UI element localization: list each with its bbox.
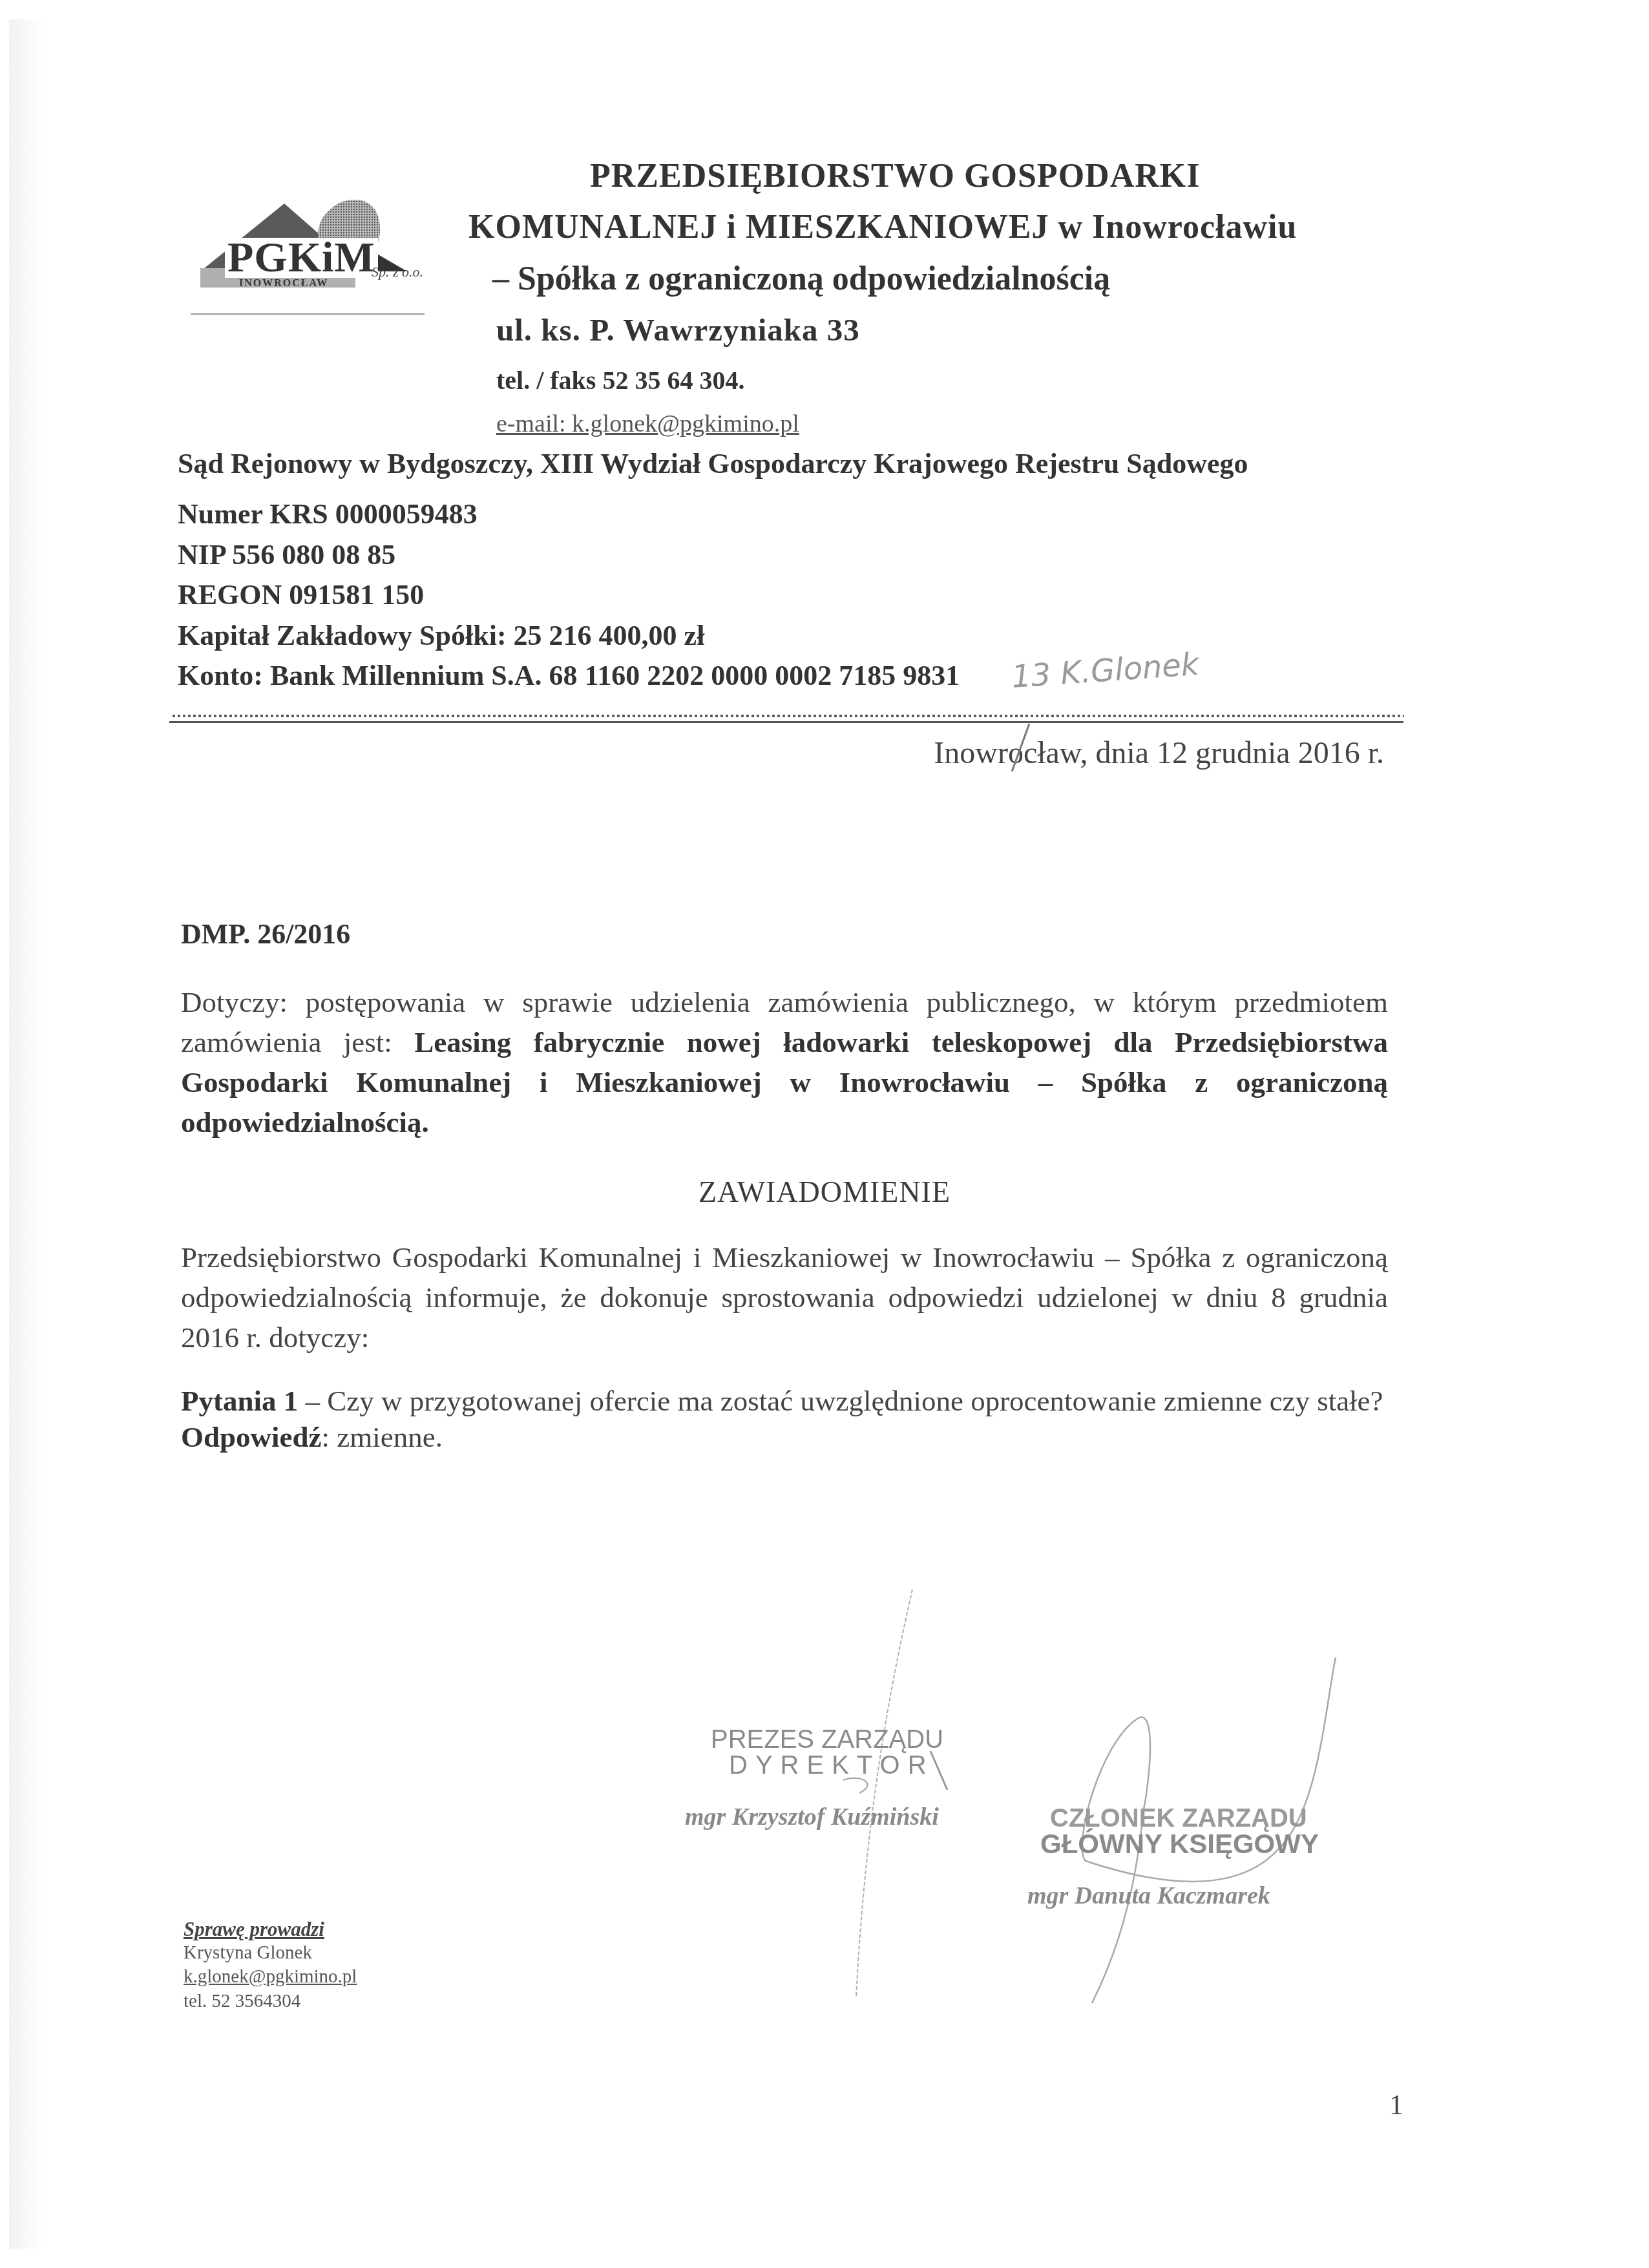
- company-name-line1: PRZEDSIĘBIORSTWO GOSPODARKI: [590, 157, 1200, 195]
- bank-account: Konto: Bank Millennium S.A. 68 1160 2202…: [178, 659, 960, 692]
- krs-number: Numer KRS 0000059483: [178, 498, 478, 530]
- answer-text: : zmienne.: [322, 1421, 443, 1453]
- question-block: Pytania 1 – Czy w przygotowanej ofercie …: [181, 1383, 1388, 1455]
- reference-number: DMP. 26/2016: [181, 918, 350, 950]
- notice-title: ZAWIADOMIENIE: [0, 1175, 1649, 1209]
- handler-phone: tel. 52 3564304: [184, 1991, 300, 2012]
- stamp-accountant-role: GŁÓWNY KSIĘGOWY: [1040, 1829, 1319, 1860]
- company-logo: PGKiM INOWROCŁAW Sp. z o.o.: [187, 162, 433, 304]
- logo-wordmark: PGKiM: [225, 238, 378, 278]
- stamp-president-title: PREZES ZARZĄDU: [711, 1725, 943, 1754]
- company-phone: tel. / faks 52 35 64 304.: [496, 365, 744, 395]
- stamp-president-role: DYREKTOR: [729, 1751, 934, 1780]
- company-name-line2: KOMUNALNEJ i MIESZKANIOWEJ w Inowrocławi…: [468, 208, 1297, 246]
- handler-email-link[interactable]: k.glonek@pgkimino.pl: [184, 1966, 357, 1988]
- nip-number: NIP 556 080 08 85: [178, 538, 395, 571]
- dotted-separator: [171, 714, 1404, 718]
- question-label: Pytania 1: [181, 1385, 298, 1417]
- regon-number: REGON 091581 150: [178, 578, 424, 611]
- notice-body: Przedsiębiorstwo Gospodarki Komunalnej i…: [181, 1237, 1388, 1358]
- company-email-link[interactable]: e-mail: k.glonek@pgkimino.pl: [496, 410, 799, 438]
- logo-legal-form: Sp. z o.o.: [372, 264, 423, 280]
- company-legal-form: – Spółka z ograniczoną odpowiedzialności…: [492, 260, 1110, 298]
- handler-name: Krystyna Glonek: [184, 1942, 312, 1964]
- header-separator-line: [169, 721, 1403, 723]
- share-capital: Kapitał Zakładowy Spółki: 25 216 400,00 …: [178, 619, 704, 652]
- subject-paragraph: Dotyczy: postępowania w sprawie udzielen…: [181, 982, 1388, 1142]
- logo-city: INOWROCŁAW: [239, 278, 328, 289]
- question-text: – Czy w przygotowanej ofercie ma zostać …: [298, 1385, 1383, 1417]
- court-registration: Sąd Rejonowy w Bydgoszczy, XIII Wydział …: [178, 447, 1248, 480]
- scan-edge-shadow: [9, 19, 48, 2249]
- stamp-accountant-name: mgr Danuta Kaczmarek: [1027, 1882, 1270, 1910]
- place-and-date: Inowrocław, dnia 12 grudnia 2016 r.: [934, 735, 1384, 771]
- logo-divider: [191, 313, 425, 315]
- answer-label: Odpowiedź: [181, 1421, 322, 1453]
- company-address: ul. ks. P. Wawrzyniaka 33: [496, 311, 860, 348]
- page-number: 1: [1389, 2088, 1403, 2121]
- handwritten-annotation: 13 K.Glonek: [1010, 646, 1200, 695]
- stamp-president-name: mgr Krzysztof Kuźmiński: [685, 1803, 939, 1831]
- handled-by-label: Sprawę prowadzi: [184, 1918, 324, 1941]
